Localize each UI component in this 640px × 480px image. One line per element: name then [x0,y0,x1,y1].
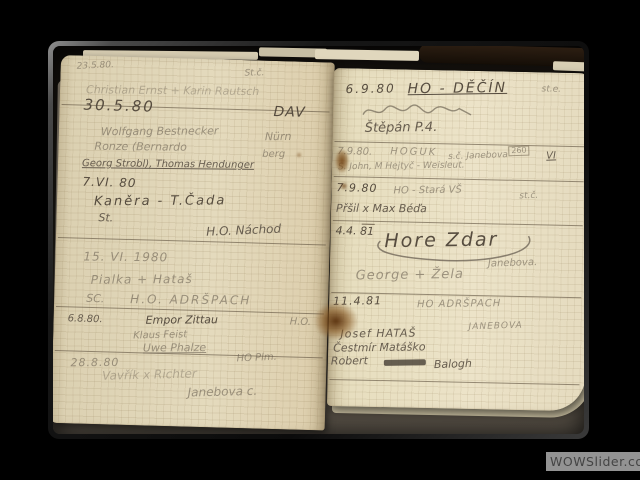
wowslider-watermark[interactable]: WOWSlider.com [546,452,640,471]
entry-greeting: Hore Zdar [384,230,498,251]
page-edge-strip [553,61,584,72]
stain [340,182,348,190]
entry-club: HO - DĚČÍN [408,81,508,96]
entry-names: Klaus Feist [133,330,187,341]
entry-names: Georg Strobl), Thomas Hendunger [82,159,254,171]
entry-names: Čestmír Matáško [333,341,426,353]
entry-club: DAV [273,105,306,120]
entry-number: 260 [508,146,530,157]
entry-names: Vavřík x Richter [102,367,197,381]
entry-date: 7.VI. 80 [82,176,136,190]
entry-date: 28.8.80 [70,357,119,368]
photo-frame: 23.5.80. St.č. Christian Ernst + Karin R… [48,41,589,439]
entry-club: H.O. Náchod [206,223,281,238]
page-edge-strip [315,49,419,61]
stain [335,149,349,173]
entry-club: HO - Stará VŠ [393,186,461,197]
entry-place: Janebova c. [188,385,258,399]
entry-club: HO Plm. [236,353,277,365]
entry-names: Balogh [434,358,472,370]
stain [296,152,302,158]
entry-place: JANEBOVA [468,322,522,333]
entry-names: Ronze (Bernardo [94,141,187,153]
left-page: 23.5.80. St.č. Christian Ernst + Karin R… [53,55,335,431]
entry-names: George + Žela [356,268,464,283]
entry-names: Přšil x Max Béďa [336,203,427,214]
rule-line [58,237,326,245]
right-page: 6.9.80 HO - DĚČÍN st.e. Štěpán P.4. 7.9.… [327,68,584,411]
entry-names: S. John, M Hejtyč - Weisleut. [338,162,465,173]
entry-date: 30.5.80 [83,98,155,115]
entry-names: Robert [331,355,368,367]
entry-names: Uwe Phalze [143,342,206,353]
entry-date: 6.8.80. [67,314,102,325]
entry-names: Wolfgang Bestnecker [101,125,219,137]
notebook-photo: 23.5.80. St.č. Christian Ernst + Karin R… [53,46,584,434]
entry-club: H.O. [289,317,311,328]
rule-line [329,379,579,385]
entry-club: H.O. ADRŠPACH [130,293,251,306]
entry-club: HO ADRŠPACH [417,299,501,310]
entry-names: Christian Ernst + Karin Rautsch [86,84,259,97]
entry-grade: VI [546,151,556,161]
entry-club: HOGUK [390,147,437,158]
entry-date: 15. VI. 1980 [83,250,168,263]
entry-names: Pialka + Hataš [91,273,193,286]
entry-club: Empor Zittau [146,314,218,326]
entry-date: 23.5.80. [77,61,115,72]
entry-date: 6.9.80 [345,82,395,95]
entry-grade: st.č. [519,192,538,202]
entry-grade: St. [98,212,113,223]
entry-names: Kaněra - T.Čada [94,194,226,208]
stain [314,302,358,340]
entry-names: Nürn [265,131,292,142]
entry-grade: St.č. [244,69,264,78]
entry-grade: st.e. [541,85,561,94]
entry-place: Janebova. [488,258,538,270]
crossed-out-word [384,359,426,366]
entry-names: berg [262,150,285,160]
entry-names: Štěpán P.4. [365,121,438,135]
entry-grade: SC. [86,293,104,305]
